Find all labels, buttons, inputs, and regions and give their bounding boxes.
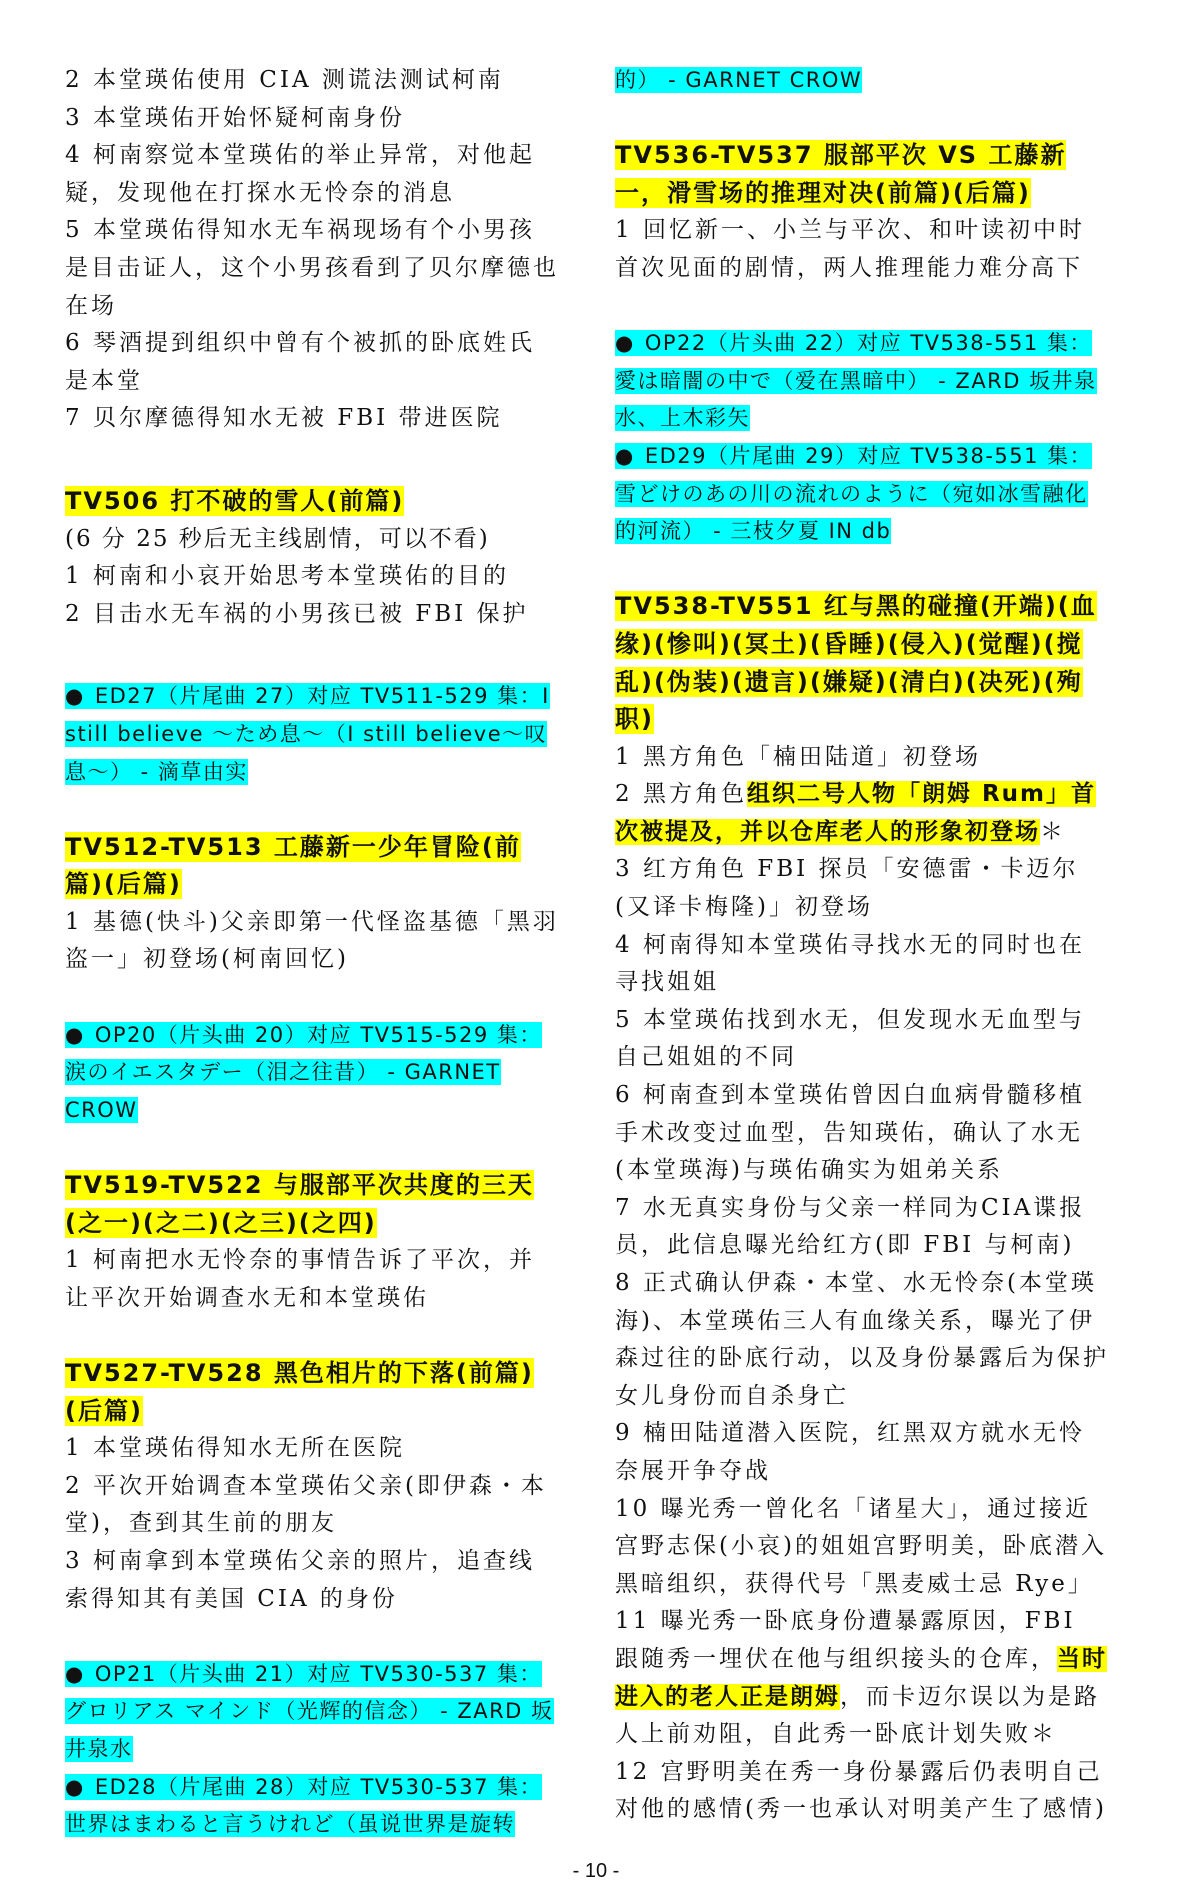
episode-title: TV512-TV513 工藤新一少年冒险(前篇)(后篇) (65, 832, 521, 900)
list-item: 9 楠田陆道潜入医院，红黑双方就水无怜奈展开争夺战 (615, 1415, 1109, 1490)
item-prefix: 11 曝光秀一卧底身份遭暴露原因，FBI 跟随秀一埋伏在他与组织接头的仓库， (615, 1608, 1076, 1672)
list-item-highlighted: 2 黑方角色组织二号人物「朗姆 Rum」首次被提及，并以仓库老人的形象初登场＊ (615, 776, 1109, 851)
bullet-icon: ● (615, 325, 635, 363)
item-prefix: 2 黑方角色 (615, 781, 747, 807)
bullet-icon: ● (65, 678, 85, 716)
song-block-ed28: ●ED28（片尾曲 28）对应 TV530-537 集：世界はまわると言うけれど… (65, 1769, 559, 1844)
song-text: ED27（片尾曲 27）对应 TV511-529 集：I still belie… (65, 684, 550, 783)
bullet-icon: ● (65, 1656, 85, 1694)
bullet-icon: ● (65, 1017, 85, 1055)
song-block-ed27: ●ED27（片尾曲 27）对应 TV511-529 集：I still beli… (65, 678, 559, 791)
list-item: 5 本堂瑛佑找到水无，但发现水无血型与自己姐姐的不同 (615, 1002, 1109, 1077)
episode-heading-tv538: TV538-TV551 红与黑的碰撞(开端)(血缘)(惨叫)(冥土)(昏睡)(侵… (615, 588, 1109, 738)
list-item: 12 宫野明美在秀一身份暴露后仍表明自己对他的感情(秀一也承认对明美产生了感情) (615, 1754, 1109, 1829)
list-item: 4 柯南察觉本堂瑛佑的举止异常，对他起疑，发现他在打探水无怜奈的消息 (65, 137, 559, 212)
episode-heading-tv527: TV527-TV528 黑色相片的下落(前篇)(后篇) (65, 1355, 559, 1430)
bullet-icon: ● (615, 438, 635, 476)
list-item: 5 本堂瑛佑得知水无车祸现场有个小男孩是目击证人，这个小男孩看到了贝尔摩德也在场 (65, 212, 559, 325)
episode-title: TV519-TV522 与服部平次共度的三天(之一)(之二)(之三)(之四) (65, 1170, 534, 1238)
episode-heading-tv512: TV512-TV513 工藤新一少年冒险(前篇)(后篇) (65, 829, 559, 904)
list-item: 1 回忆新一、小兰与平次、和叶读初中时首次见面的剧情，两人推理能力难分高下 (615, 212, 1109, 287)
bullet-icon: ● (65, 1769, 85, 1807)
song-text: OP20（片头曲 20）对应 TV515-529 集：涙のイエスタデー（泪之往昔… (65, 1023, 542, 1122)
song-block-continuation: 的） - GARNET CROW (615, 62, 1109, 100)
page-number: - 10 - (0, 1860, 1192, 1883)
list-item: 2 本堂瑛佑使用 CIA 测谎法测试柯南 (65, 62, 559, 100)
song-text: 的） - GARNET CROW (615, 67, 862, 93)
list-item: 1 柯南和小哀开始思考本堂瑛佑的目的 (65, 558, 559, 596)
list-item: 7 贝尔摩德得知水无被 FBI 带进医院 (65, 400, 559, 438)
list-item: 8 正式确认伊森・本堂、水无怜奈(本堂瑛海)、本堂瑛佑三人有血缘关系，曝光了伊森… (615, 1265, 1109, 1415)
left-column: 2 本堂瑛佑使用 CIA 测谎法测试柯南 3 本堂瑛佑开始怀疑柯南身份 4 柯南… (65, 62, 559, 1844)
episode-heading-tv536: TV536-TV537 服部平次 VS 工藤新一，滑雪场的推理对决(前篇)(后篇… (615, 137, 1109, 212)
song-block-op21: ●OP21（片头曲 21）对应 TV530-537 集：グロリアス マインド（光… (65, 1656, 559, 1769)
song-block-ed29: ●ED29（片尾曲 29）对应 TV538-551 集：雪どけのあの川の流れのよ… (615, 438, 1109, 551)
episode-note: (6 分 25 秒后无主线剧情，可以不看) (65, 521, 559, 559)
list-item: 3 本堂瑛佑开始怀疑柯南身份 (65, 100, 559, 138)
list-item: 1 柯南把水无怜奈的事情告诉了平次，并让平次开始调查水无和本堂瑛佑 (65, 1242, 559, 1317)
episode-title: TV538-TV551 红与黑的碰撞(开端)(血缘)(惨叫)(冥土)(昏睡)(侵… (615, 591, 1097, 734)
list-item: 2 目击水无车祸的小男孩已被 FBI 保护 (65, 596, 559, 634)
episode-heading-tv506: TV506 打不破的雪人(前篇) (65, 483, 559, 521)
list-item: 2 平次开始调查本堂瑛佑父亲(即伊森・本堂)，查到其生前的朋友 (65, 1468, 559, 1543)
episode-title: TV527-TV528 黑色相片的下落(前篇)(后篇) (65, 1358, 534, 1426)
song-block-op22: ●OP22（片头曲 22）对应 TV538-551 集：愛は暗闇の中で（爱在黑暗… (615, 325, 1109, 438)
key-marker: ＊ (1040, 819, 1066, 845)
list-item: 3 柯南拿到本堂瑛佑父亲的照片，追查线索得知其有美国 CIA 的身份 (65, 1543, 559, 1618)
right-column: 的） - GARNET CROW TV536-TV537 服部平次 VS 工藤新… (615, 62, 1109, 1829)
list-item: 1 基德(快斗)父亲即第一代怪盗基德「黑羽盗一」初登场(柯南回忆) (65, 904, 559, 979)
list-item: 6 柯南查到本堂瑛佑曾因白血病骨髓移植手术改变过血型，告知瑛佑，确认了水无(本堂… (615, 1077, 1109, 1190)
song-block-op20: ●OP20（片头曲 20）对应 TV515-529 集：涙のイエスタデー（泪之往… (65, 1017, 559, 1130)
list-item: 6 琴酒提到组织中曾有个被抓的卧底姓氏是本堂 (65, 325, 559, 400)
list-item: 4 柯南得知本堂瑛佑寻找水无的同时也在寻找姐姐 (615, 927, 1109, 1002)
list-item: 1 本堂瑛佑得知水无所在医院 (65, 1430, 559, 1468)
list-item: 10 曝光秀一曾化名「诸星大」，通过接近宫野志保(小哀)的姐姐宫野明美，卧底潜入… (615, 1491, 1109, 1604)
song-text: OP22（片头曲 22）对应 TV538-551 集：愛は暗闇の中で（爱在黑暗中… (615, 331, 1097, 430)
episode-title: TV506 打不破的雪人(前篇) (65, 486, 404, 516)
song-text: OP21（片头曲 21）对应 TV530-537 集：グロリアス マインド（光辉… (65, 1662, 554, 1761)
list-item: 3 红方角色 FBI 探员「安德雷・卡迈尔(又译卡梅隆)」初登场 (615, 851, 1109, 926)
list-item-highlighted: 11 曝光秀一卧底身份遭暴露原因，FBI 跟随秀一埋伏在他与组织接头的仓库，当时… (615, 1603, 1109, 1753)
list-item: 7 水无真实身份与父亲一样同为CIA谍报员，此信息曝光给红方(即 FBI 与柯南… (615, 1190, 1109, 1265)
episode-heading-tv519: TV519-TV522 与服部平次共度的三天(之一)(之二)(之三)(之四) (65, 1167, 559, 1242)
episode-title: TV536-TV537 服部平次 VS 工藤新一，滑雪场的推理对决(前篇)(后篇… (615, 140, 1066, 208)
list-item: 1 黑方角色「楠田陆道」初登场 (615, 739, 1109, 777)
song-text: ED28（片尾曲 28）对应 TV530-537 集：世界はまわると言うけれど（… (65, 1775, 542, 1837)
song-text: ED29（片尾曲 29）对应 TV538-551 集：雪どけのあの川の流れのよう… (615, 444, 1092, 543)
